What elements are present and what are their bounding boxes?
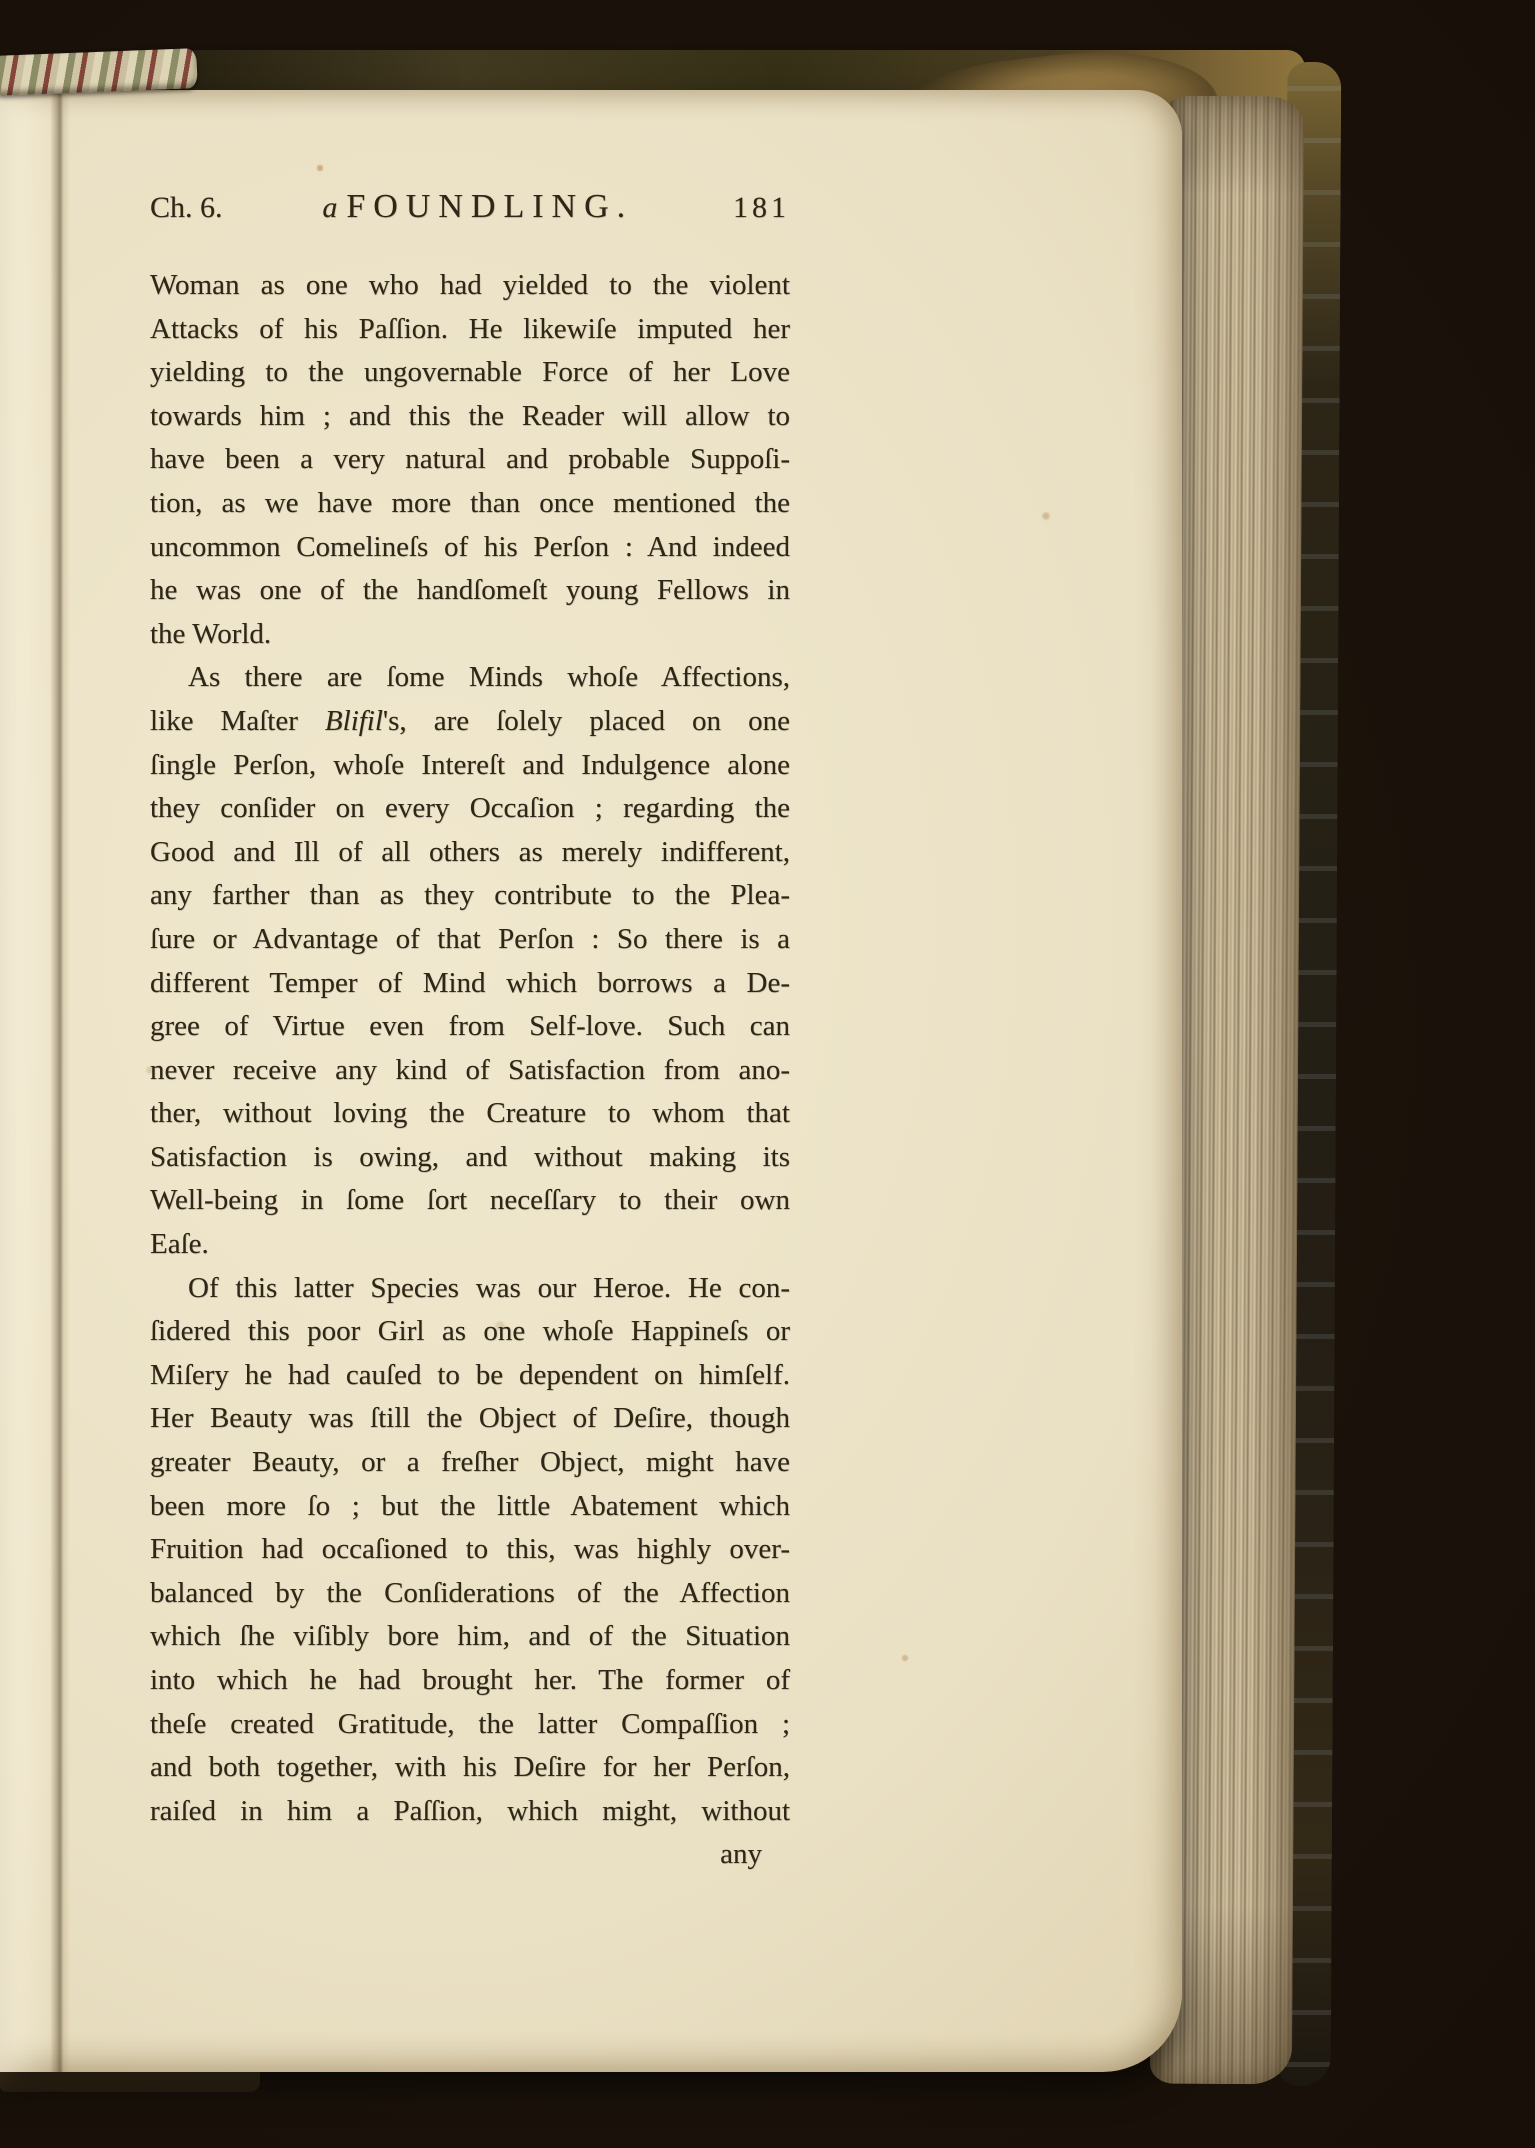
running-title: aFOUNDLING.	[322, 188, 633, 226]
page-number: 181	[733, 191, 790, 225]
text-line: Well-being in ſome ſort neceſſary to the…	[150, 1179, 790, 1223]
gutter-shadow	[50, 90, 70, 2072]
page-header: Ch. 6. aFOUNDLING. 181	[150, 188, 790, 226]
text-line: Woman as one who had yielded to the viol…	[150, 264, 790, 308]
page-text-body: Woman as one who had yielded to the viol…	[150, 264, 790, 1877]
text-line: any farther than as they contribute to t…	[150, 874, 790, 918]
text-line: never receive any kind of Satisfaction f…	[150, 1049, 790, 1093]
running-title-article: a	[322, 191, 338, 224]
text-line: greater Beauty, or a freſher Object, mig…	[150, 1441, 790, 1485]
text-line: ſingle Perſon, whoſe Intereſt and Indulg…	[150, 744, 790, 788]
book-page: Ch. 6. aFOUNDLING. 181 Woman as one who …	[0, 90, 1182, 2072]
text-line: Fruition had occaſioned to this, was hig…	[150, 1528, 790, 1572]
text-line: gree of Virtue even from Self-love. Such…	[150, 1005, 790, 1049]
text-line: been more ſo ; but the little Abatement …	[150, 1485, 790, 1529]
catchword: any	[150, 1833, 790, 1877]
text-line: Satisfaction is owing, and without makin…	[150, 1136, 790, 1180]
text-line: Attacks of his Paſſion. He likewiſe impu…	[150, 308, 790, 352]
text-line: Her Beauty was ſtill the Object of Deſir…	[150, 1397, 790, 1441]
text-line: Miſery he had cauſed to be dependent on …	[150, 1354, 790, 1398]
text-line: Of this latter Species was our Heroe. He…	[150, 1267, 790, 1311]
text-line: uncommon Comelineſs of his Perſon : And …	[150, 526, 790, 570]
text-line: Eaſe.	[150, 1223, 790, 1267]
endband	[0, 48, 198, 96]
text-line: As there are ſome Minds whoſe Affections…	[150, 656, 790, 700]
text-line: and both together, with his Deſire for h…	[150, 1746, 790, 1790]
text-line: they conſider on every Occaſion ; regard…	[150, 787, 790, 831]
text-line: different Temper of Mind which borrows a…	[150, 962, 790, 1006]
text-line: raiſed in him a Paſſion, which might, wi…	[150, 1790, 790, 1834]
text-line: yielding to the ungovernable Force of he…	[150, 351, 790, 395]
text-line: like Maſter Blifil's, are ſolely placed …	[150, 700, 790, 744]
text-line: ſure or Advantage of that Perſon : So th…	[150, 918, 790, 962]
text-line: have been a very natural and probable Su…	[150, 438, 790, 482]
text-line: Good and Ill of all others as merely ind…	[150, 831, 790, 875]
text-line: balanced by the Conſiderations of the Af…	[150, 1572, 790, 1616]
text-line: the World.	[150, 613, 790, 657]
text-line: he was one of the handſomeſt young Fello…	[150, 569, 790, 613]
text-line: tion, as we have more than once mentione…	[150, 482, 790, 526]
text-line: towards him ; and this the Reader will a…	[150, 395, 790, 439]
text-line: ſidered this poor Girl as one whoſe Happ…	[150, 1310, 790, 1354]
text-line: ther, without loving the Creature to who…	[150, 1092, 790, 1136]
chapter-label: Ch. 6.	[150, 191, 223, 225]
text-line: which ſhe viſibly bore him, and of the S…	[150, 1615, 790, 1659]
text-line: theſe created Gratitude, the latter Comp…	[150, 1703, 790, 1747]
book-photo: Ch. 6. aFOUNDLING. 181 Woman as one who …	[0, 0, 1535, 2148]
running-title-text: FOUNDLING.	[346, 188, 633, 225]
text-line: into which he had brought her. The forme…	[150, 1659, 790, 1703]
